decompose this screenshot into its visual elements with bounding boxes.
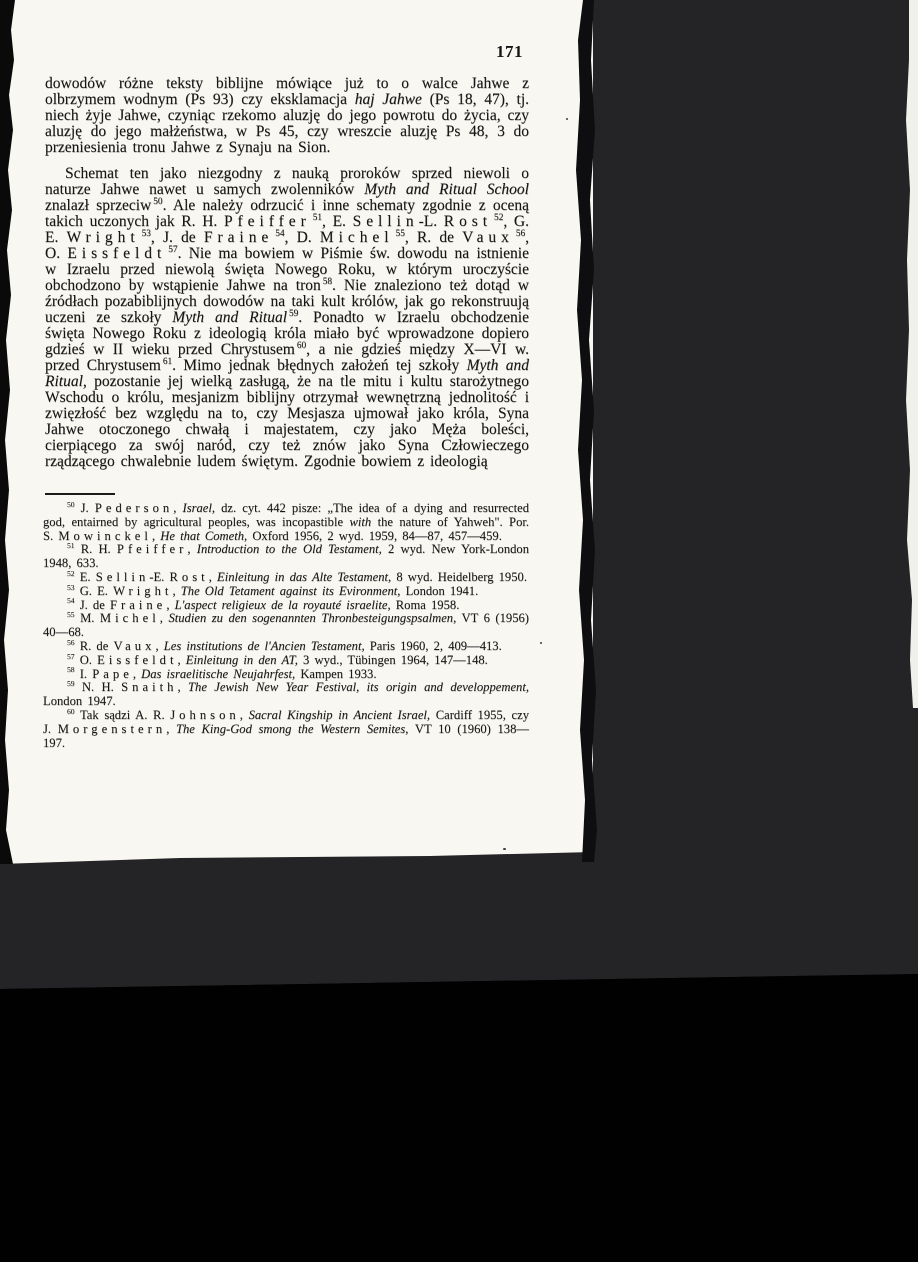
- text-segment: R. de: [80, 639, 114, 653]
- text-segment: -L.: [419, 213, 444, 230]
- footnote-ref: 59: [289, 309, 298, 319]
- footnote-number: 54: [67, 596, 75, 605]
- text-segment: Pederson: [95, 501, 173, 515]
- footnote-ref: 53: [142, 229, 151, 239]
- text-segment: I.: [80, 667, 93, 681]
- footnote-ref: 60: [297, 341, 306, 351]
- text-segment: E.: [80, 570, 96, 584]
- paragraph: Schemat ten jako niezgodny z nauką proro…: [45, 166, 529, 470]
- dust-speck: [503, 848, 506, 850]
- text-segment: , R. de: [405, 229, 462, 246]
- text-segment: 3 wyd., Tübingen 1964, 147—148.: [298, 653, 488, 667]
- text-segment: ,: [177, 653, 185, 667]
- text-segment: Paris 1960, 2, 409—413.: [365, 639, 502, 653]
- text-segment: The Jewish New Year Festival, its origin…: [188, 680, 529, 694]
- footnote-number: 55: [67, 610, 75, 619]
- footnotes-block: 50 J. Pederson, Israel, dz. cyt. 442 pis…: [43, 502, 529, 750]
- text-segment: ,: [166, 722, 176, 736]
- text-segment: Introduction to the Old Testament,: [197, 542, 382, 556]
- footnote-ref: 58: [323, 277, 332, 287]
- text-segment: haj Jahwe: [355, 91, 422, 108]
- text-segment: ,: [155, 639, 163, 653]
- text-segment: Rost: [444, 213, 492, 230]
- text-segment: 8 wyd. Heidelberg 1950.: [391, 570, 527, 584]
- text-segment: Eissfeldt: [67, 245, 166, 262]
- text-segment: O.: [80, 653, 97, 667]
- text-segment: , D.: [285, 229, 320, 246]
- text-segment: Myth and Ritual: [172, 309, 287, 326]
- text-segment: Pfeiffer: [224, 213, 311, 230]
- text-segment: pozostanie jej wielką zasługą, że na tle…: [45, 373, 529, 470]
- footnote-item: 50 J. Pederson, Israel, dz. cyt. 442 pis…: [43, 502, 529, 543]
- footnote-number: 60: [67, 707, 75, 716]
- text-segment: N. H.: [82, 680, 121, 694]
- text-segment: Johnson: [170, 708, 240, 722]
- text-segment: Einleitung in das Alte Testament,: [217, 570, 391, 584]
- text-segment: , J. de: [151, 229, 204, 246]
- text-segment: Sellin: [353, 213, 419, 230]
- text-segment: Israel,: [183, 501, 216, 515]
- footnote-ref: 56: [516, 229, 525, 239]
- text-segment: Roma 1958.: [391, 598, 460, 612]
- footnote-ref: 50: [153, 197, 162, 207]
- footnote-ref: 55: [396, 229, 405, 239]
- footnote-item: 51 R. H. Pfeiffer, Introduction to the O…: [43, 543, 529, 571]
- text-segment: The King-God smong the Western Semites,: [176, 722, 408, 736]
- scanned-book-page: 171 dowodów różne teksty biblijne mówiąc…: [0, 0, 918, 1262]
- footnote-number: 59: [67, 679, 75, 688]
- text-segment: Pfeiffer: [117, 542, 188, 556]
- text-segment: Michel: [320, 229, 394, 246]
- footnote-ref: 52: [494, 213, 503, 223]
- dust-speck: [566, 118, 568, 120]
- text-segment: Tak sądzi A. R.: [80, 708, 170, 722]
- text-segment: The Old Tetament against its Evironment,: [181, 584, 401, 598]
- text-segment: Einleitung in den AT,: [186, 653, 298, 667]
- footnote-number: 52: [67, 569, 75, 578]
- text-segment: ,: [133, 667, 141, 681]
- footnote-number: 57: [67, 652, 75, 661]
- footnote-item: 59 N. H. Snaith, The Jewish New Year Fes…: [43, 681, 529, 709]
- text-segment: ,: [166, 598, 174, 612]
- text-segment: Wright: [113, 584, 172, 598]
- text-segment: He that Cometh,: [160, 529, 247, 543]
- text-segment: Fraine: [110, 598, 166, 612]
- footnote-item: 56 R. de Vaux, Les institutions de l'Anc…: [43, 640, 529, 654]
- text-segment: London 1941.: [400, 584, 478, 598]
- footnote-number: 58: [67, 665, 75, 674]
- text-segment: Snaith: [121, 680, 177, 694]
- text-segment: with: [349, 515, 371, 529]
- text-segment: Sellin: [96, 570, 150, 584]
- paragraph: dowodów różne teksty biblijne mówiące ju…: [45, 76, 529, 156]
- text-segment: ,: [209, 570, 217, 584]
- footnote-ref: 51: [313, 213, 322, 223]
- text-segment: London 1947.: [43, 694, 116, 708]
- text-segment: J. de: [80, 598, 110, 612]
- text-segment: Kampen 1933.: [295, 667, 376, 681]
- text-segment: -E.: [149, 570, 169, 584]
- text-segment: R. H.: [81, 542, 117, 556]
- text-segment: ,: [240, 708, 249, 722]
- text-segment: Oxford 1956, 2 wyd. 1959, 84—87, 457—459…: [247, 529, 502, 543]
- text-segment: Vaux: [462, 229, 514, 246]
- footnote-number: 53: [67, 583, 75, 592]
- text-segment: Vaux: [113, 639, 155, 653]
- footnote-ref: 57: [168, 245, 177, 255]
- text-segment: ,: [178, 680, 189, 694]
- text-segment: L'aspect religieux de la royauté israeli…: [175, 598, 391, 612]
- footnote-ref: 54: [275, 229, 284, 239]
- footnote-number: 56: [67, 638, 75, 647]
- text-segment: ,: [172, 584, 180, 598]
- footnote-rule: [45, 493, 115, 495]
- text-segment: Wright: [67, 229, 140, 246]
- text-segment: , E.: [322, 213, 353, 230]
- text-segment: M.: [80, 611, 100, 625]
- text-segment: . Mimo jednak błędnych założeń tej szkoł…: [172, 357, 466, 374]
- footnote-item: 55 M. Michel, Studien zu den sogenannten…: [43, 612, 529, 640]
- dust-speck: [540, 642, 542, 644]
- footnote-ref: 61: [163, 357, 172, 367]
- page-number: 171: [45, 42, 523, 62]
- text-segment: Myth and Ritual School: [364, 181, 529, 198]
- text-segment: ,: [173, 501, 182, 515]
- footnote-number: 50: [67, 500, 75, 509]
- body-text: dowodów różne teksty biblijne mówiące ju…: [45, 76, 529, 470]
- text-segment: Studien zu den sogenannten Thronbesteigu…: [168, 611, 456, 625]
- text-segment: Das israelitische Neujahrfest,: [141, 667, 295, 681]
- text-segment: G. E.: [80, 584, 113, 598]
- text-segment: Michel: [100, 611, 160, 625]
- text-segment: Morgenstern: [58, 722, 166, 736]
- footnote-item: 52 E. Sellin-E. Rost, Einleitung in das …: [43, 571, 529, 585]
- text-segment: Les institutions de l'Ancien Testament,: [164, 639, 365, 653]
- text-segment: J.: [81, 501, 95, 515]
- text-segment: Sacral Kingship in Ancient Israel,: [249, 708, 431, 722]
- footnote-item: 57 O. Eissfeldt, Einleitung in den AT, 3…: [43, 654, 529, 668]
- text-segment: Pape: [92, 667, 133, 681]
- footnote-item: 60 Tak sądzi A. R. Johnson, Sacral Kings…: [43, 709, 529, 750]
- footnote-item: 53 G. E. Wright, The Old Tetament agains…: [43, 585, 529, 599]
- text-segment: ,: [187, 542, 196, 556]
- text-segment: Eissfeldt: [97, 653, 177, 667]
- text-segment: znalazł sprzeciw: [45, 197, 151, 214]
- footnote-number: 51: [67, 541, 75, 550]
- text-segment: Rost: [169, 570, 208, 584]
- text-segment: Fraine: [204, 229, 273, 246]
